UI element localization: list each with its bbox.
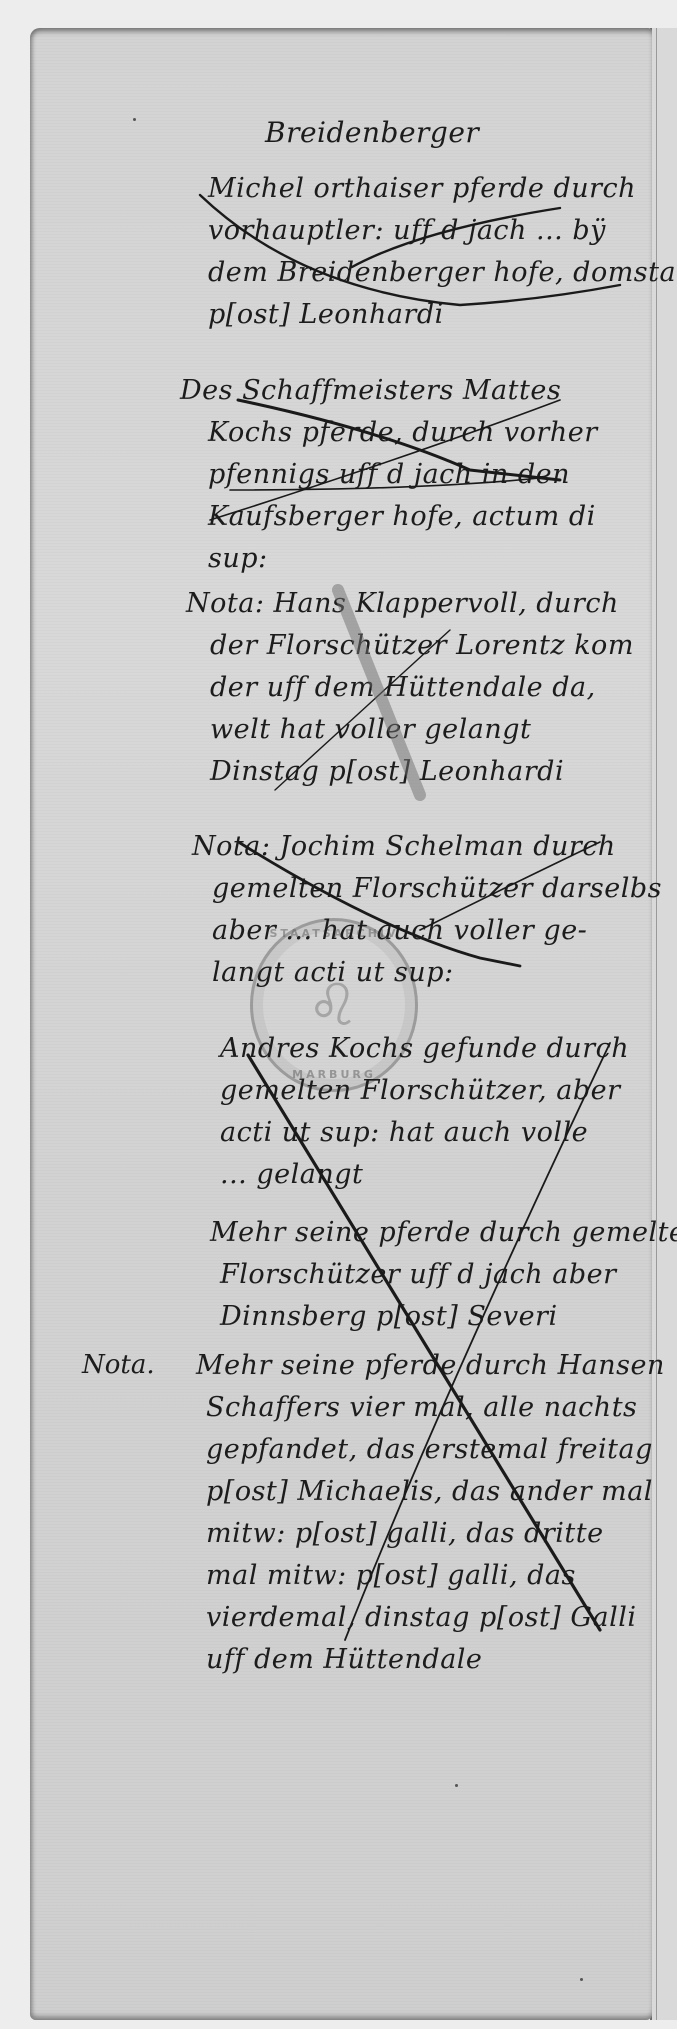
entry-line: p[ost] Leonhardi: [208, 294, 677, 336]
entry-3: Nota: Hans Klappervoll, durch der Florsc…: [186, 583, 634, 793]
entry-line: Dinnsberg p[ost] Severi: [210, 1296, 677, 1338]
entry-line: Florschützer uff d jach aber: [210, 1254, 677, 1296]
entry-line: Schaffers vier mal, alle nachts: [196, 1387, 665, 1429]
entry-line: Michel orthaiser pferde durch: [208, 168, 677, 210]
entry-line: p[ost] Michaelis, das ander mal: [196, 1471, 665, 1513]
entry-line: langt acti ut sup:: [192, 952, 662, 994]
paper-speck: [455, 1784, 458, 1787]
entry-2: Des Schaffmeisters Mattes Kochs pferde, …: [180, 370, 598, 580]
entry-line: Mehr seine pferde durch Hansen: [196, 1345, 665, 1387]
entry-line: mitw: p[ost] galli, das dritte: [196, 1513, 665, 1555]
entry-line: ... gelangt: [220, 1154, 629, 1196]
entry-line: Nota: Hans Klappervoll, durch: [186, 583, 634, 625]
page-heading: Breidenberger: [265, 112, 479, 154]
entry-line: dem Breidenberger hofe, domstags: [208, 252, 677, 294]
entry-line: Andres Kochs gefunde durch: [220, 1028, 629, 1070]
entry-6: Mehr seine pferde durch gemelten Florsch…: [210, 1212, 677, 1338]
entry-line: der uff dem Hüttendale da,: [186, 667, 634, 709]
entry-line: Dinstag p[ost] Leonhardi: [186, 751, 634, 793]
entry-line: gepfandet, das erstemal freitag: [196, 1429, 665, 1471]
paper-speck: [133, 118, 136, 121]
entry-line: pfennigs uff d jach in den: [180, 454, 598, 496]
paper-speck: [580, 1978, 583, 1981]
entry-line: Mehr seine pferde durch gemelten: [210, 1212, 677, 1254]
entry-line: uff dem Hüttendale: [196, 1639, 665, 1681]
entry-line: vierdemal, dinstag p[ost] Galli: [196, 1597, 665, 1639]
entry-line: vorhauptler: uff d jach ... bÿ: [208, 210, 677, 252]
entry-line: welt hat voller gelangt: [186, 709, 634, 751]
entry-line: gemelten Florschützer, aber: [220, 1070, 629, 1112]
entry-7: Mehr seine pferde durch Hansen Schaffers…: [196, 1345, 665, 1681]
entry-line: sup:: [180, 538, 598, 580]
entry-line: gemelten Florschützer darselbs: [192, 868, 662, 910]
entry-line: mal mitw: p[ost] galli, das: [196, 1555, 665, 1597]
entry-line: Kochs pferde, durch vorher: [180, 412, 598, 454]
margin-note-nota: Nota.: [82, 1350, 155, 1380]
entry-4: Nota: Jochim Schelman durch gemelten Flo…: [192, 826, 662, 994]
entry-5: Andres Kochs gefunde durch gemelten Flor…: [220, 1028, 629, 1196]
entry-line: Kaufsberger hofe, actum di: [180, 496, 598, 538]
entry-line: der Florschützer Lorentz kom: [186, 625, 634, 667]
entry-line: aber ... hat auch voller ge-: [192, 910, 662, 952]
entry-line: Des Schaffmeisters Mattes: [180, 370, 598, 412]
entry-line: acti ut sup: hat auch volle: [220, 1112, 629, 1154]
entry-1: Michel orthaiser pferde durch vorhauptle…: [208, 168, 677, 336]
entry-line: Nota: Jochim Schelman durch: [192, 826, 662, 868]
